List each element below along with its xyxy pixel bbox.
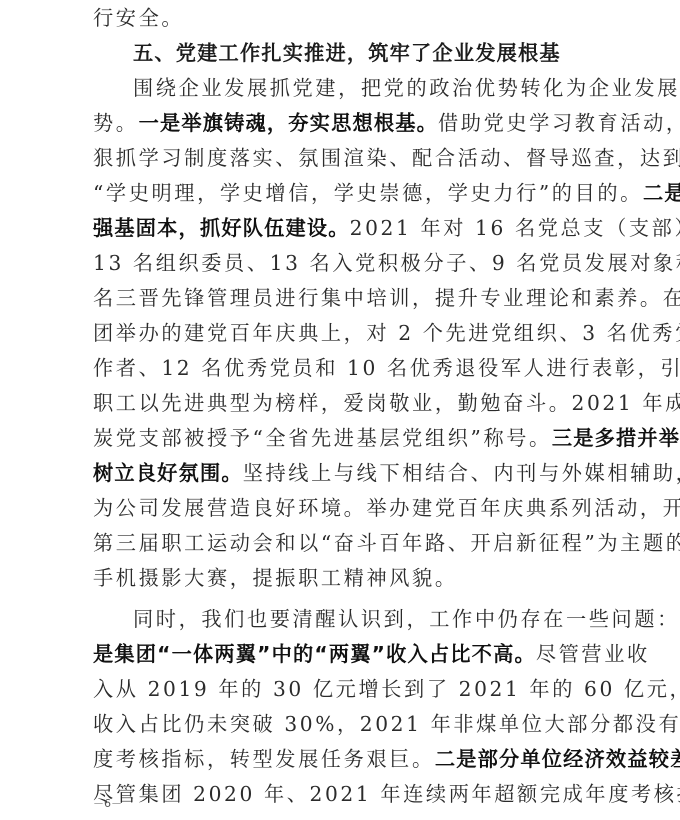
bold-phrase: 强基固本，抓好队伍建设。 [93, 216, 350, 240]
text-run: 同时，我们也要清醒认识到，工作中仍存在一些问题： [133, 607, 680, 631]
text-run: 尽管营业收 [536, 642, 650, 666]
text-run: 借助党史学习教育活动， [438, 111, 680, 135]
text-line: 围绕企业发展抓党建，把党的政治优势转化为企业发展优 [133, 71, 595, 106]
text-line: 势。一是举旗铸魂，夯实思想根基。借助党史学习教育活动， [93, 106, 595, 141]
text-run: 团举办的建党百年庆典上，对 2 个先进党组织、3 名优秀党务工 [93, 321, 680, 345]
text-run: 作者、12 名优秀党员和 10 名优秀退役军人进行表彰，引导全体 [93, 356, 680, 380]
text-line: 炭党支部被授予“全省先进基层党组织”称号。三是多措并举， [93, 421, 595, 456]
text-line: 尽管集团 2020 年、2021 年连续两年超额完成年度考核指标，但 [93, 777, 595, 812]
text-line: 行安全。 [93, 1, 595, 36]
text-line: 第三届职工运动会和以“奋斗百年路、开启新征程”为主题的 [93, 526, 595, 561]
text-run: 炭党支部被授予“全省先进基层党组织”称号。 [93, 426, 552, 450]
text-run: 收入占比仍未突破 30%，2021 年非煤单位大部分都没有完成年 [93, 712, 680, 736]
section-heading: 五、党建工作扎实推进，筑牢了企业发展根基 [133, 36, 595, 71]
text-run: 尽管集团 2020 年、2021 年连续两年超额完成年度考核指标，但 [93, 782, 680, 806]
text-run: 为公司发展营造良好环境。举办建党百年庆典系列活动，开展 [93, 496, 680, 520]
bold-phrase: 二是 [643, 181, 680, 205]
text-run: 手机摄影大赛，提振职工精神风貌。 [93, 566, 458, 590]
text-line: “学史明理，学史增信，学史崇德，学史力行”的目的。二是 [93, 176, 595, 211]
text-line: 狠抓学习制度落实、氛围渲染、配合活动、督导巡查，达到了 [93, 141, 595, 176]
text-line: 手机摄影大赛，提振职工精神风貌。 [93, 561, 595, 596]
text-line: 树立良好氛围。坚持线上与线下相结合、内刊与外媒相辅助， [93, 456, 595, 491]
text-run: 入从 2019 年的 30 亿元增长到了 2021 年的 60 亿元，但“两翼” [93, 677, 680, 701]
text-line: 13 名组织委员、13 名入党积极分子、9 名党员发展对象和 11 [93, 246, 595, 281]
text-run: 坚持线上与线下相结合、内刊与外媒相辅助， [243, 461, 680, 485]
text-line: 强基固本，抓好队伍建设。2021 年对 16 名党总支（支部）书记、 [93, 211, 595, 246]
text-run: 度考核指标，转型发展任务艰巨。 [93, 747, 435, 771]
text-run: 2021 年对 16 名党总支（支部）书记、 [350, 216, 680, 240]
text-run: 第三届职工运动会和以“奋斗百年路、开启新征程”为主题的 [93, 531, 680, 555]
text-line: 同时，我们也要清醒认识到，工作中仍存在一些问题：一 [133, 602, 595, 637]
bold-phrase: 二是部分单位经济效益较差。 [435, 747, 680, 771]
text-run: 名三晋先锋管理员进行集中培训，提升专业理论和素养。在集 [93, 286, 680, 310]
text-line: 收入占比仍未突破 30%，2021 年非煤单位大部分都没有完成年 [93, 707, 595, 742]
bold-phrase: 一是举旗铸魂，夯实思想根基。 [139, 111, 438, 135]
text-line: 为公司发展营造良好环境。举办建党百年庆典系列活动，开展 [93, 491, 595, 526]
text-run: “学史明理，学史增信，学史崇德，学史力行”的目的。 [93, 181, 643, 205]
bold-phrase: 五、党建工作扎实推进，筑牢了企业发展根基 [133, 41, 561, 65]
bold-phrase: 三是多措并举， [552, 426, 680, 450]
text-line: 入从 2019 年的 30 亿元增长到了 2021 年的 60 亿元，但“两翼” [93, 672, 595, 707]
text-run: 13 名组织委员、13 名入党积极分子、9 名党员发展对象和 11 [93, 251, 680, 275]
text-run: 行安全。 [93, 6, 184, 30]
text-line: 是集团“一体两翼”中的“两翼”收入占比不高。尽管营业收 [93, 637, 595, 672]
page-number: －6－ [93, 795, 122, 811]
text-line: 职工以先进典型为榜样，爱岗敬业，勤勉奋斗。2021 年成功煤 [93, 386, 595, 421]
text-line: 团举办的建党百年庆典上，对 2 个先进党组织、3 名优秀党务工 [93, 316, 595, 351]
text-line: 度考核指标，转型发展任务艰巨。二是部分单位经济效益较差。 [93, 742, 595, 777]
text-run: 职工以先进典型为榜样，爱岗敬业，勤勉奋斗。2021 年成功煤 [93, 391, 680, 415]
bold-phrase: 树立良好氛围。 [93, 461, 243, 485]
text-line: 作者、12 名优秀党员和 10 名优秀退役军人进行表彰，引导全体 [93, 351, 595, 386]
bold-phrase: 是集团“一体两翼”中的“两翼”收入占比不高。 [93, 642, 536, 666]
text-run: 围绕企业发展抓党建，把党的政治优势转化为企业发展优 [133, 76, 680, 100]
text-line: 名三晋先锋管理员进行集中培训，提升专业理论和素养。在集 [93, 281, 595, 316]
text-run: 势。 [93, 111, 139, 135]
text-run: 狠抓学习制度落实、氛围渲染、配合活动、督导巡查，达到了 [93, 146, 680, 170]
